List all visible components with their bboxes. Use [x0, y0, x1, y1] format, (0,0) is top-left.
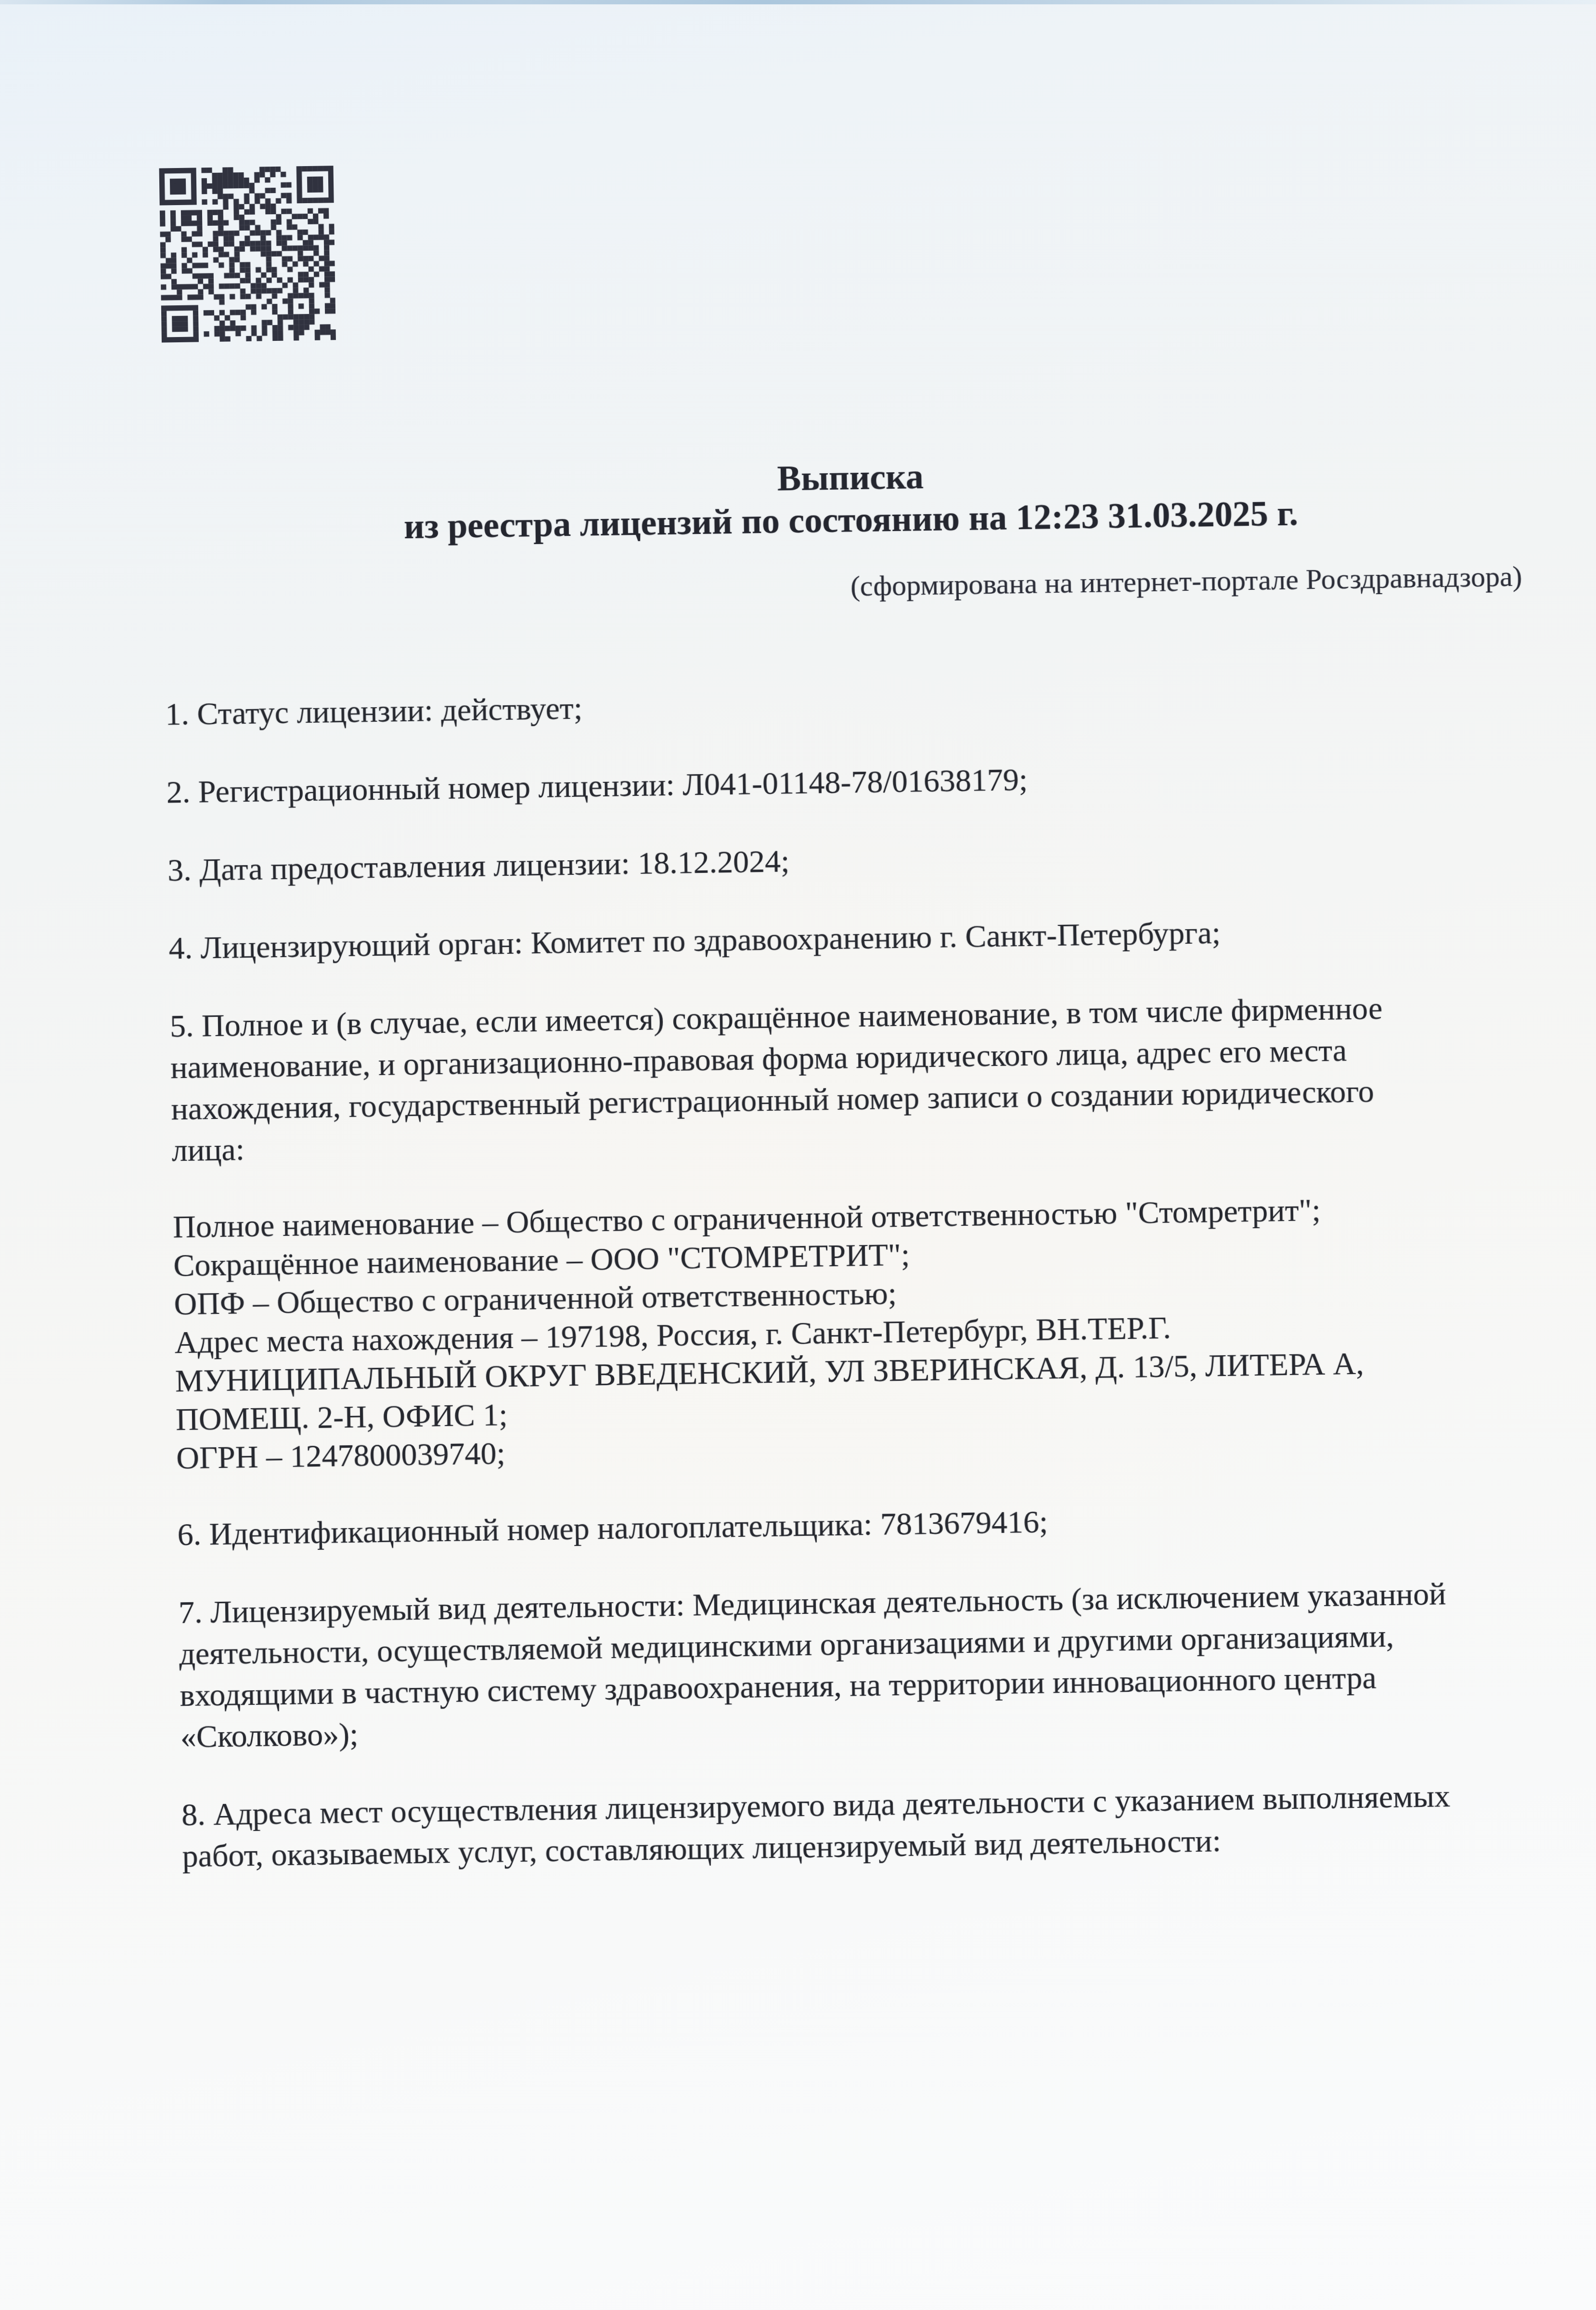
item-7-licensed-activity: 7. Лицензируемый вид деятельности: Медиц… [178, 1573, 1456, 1758]
qr-code-icon [159, 166, 336, 342]
company-details-block: Полное наименование – Общество с огранич… [173, 1189, 1453, 1478]
item-1-license-status: 1. Статус лицензии: действует; [165, 675, 1442, 735]
item-8-activity-addresses-heading: 8. Адреса мест осуществления лицензируем… [181, 1776, 1458, 1877]
item-4-licensing-authority: 4. Лицензирующий орган: Комитет по здрав… [168, 909, 1445, 969]
document-subtitle: (сформирована на интернет-портале Росздр… [163, 559, 1522, 613]
document-content: Выписка из реестра лицензий по состоянию… [0, 0, 1596, 1916]
scanned-document-page: Выписка из реестра лицензий по состоянию… [0, 0, 1596, 2310]
item-5-legal-entity-heading: 5. Полное и (в случае, если имеется) сок… [169, 987, 1448, 1171]
item-2-registration-number: 2. Регистрационный номер лицензии: Л041-… [166, 753, 1442, 813]
item-3-license-grant-date: 3. Дата предоставления лицензии: 18.12.2… [167, 831, 1444, 891]
item-6-taxpayer-number: 6. Идентификационный номер налогоплатель… [177, 1495, 1454, 1556]
document-title: Выписка из реестра лицензий по состоянию… [212, 447, 1489, 551]
company-address: Адрес места нахождения – 197198, Россия,… [174, 1305, 1452, 1439]
qr-code [159, 166, 336, 342]
document-body: 1. Статус лицензии: действует; 2. Регист… [165, 675, 1458, 1877]
